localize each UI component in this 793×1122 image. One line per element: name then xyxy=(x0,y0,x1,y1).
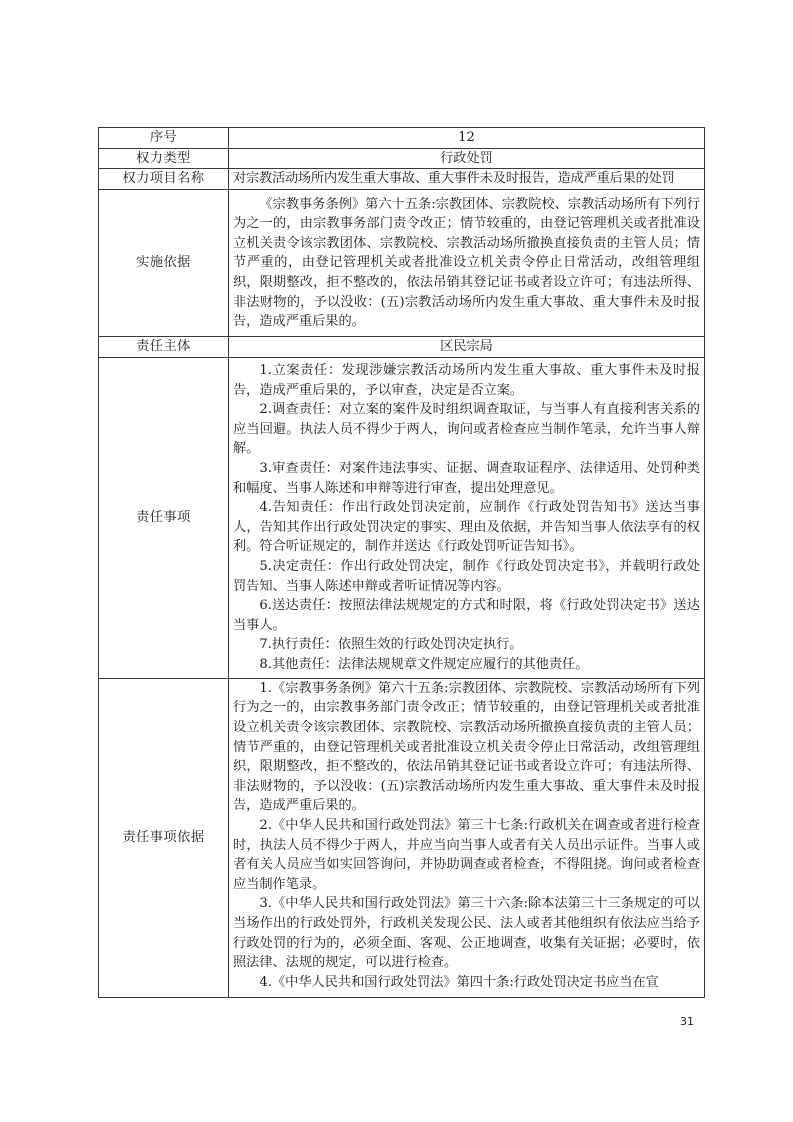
duty-item: 2.调查责任：对立案的案件及时组织调查取证，与当事人有直接利害关系的应当回避。执… xyxy=(233,400,700,459)
duties-label: 责任事项 xyxy=(99,357,229,678)
basis-paragraph: 《宗教事务条例》第六十五条:宗教团体、宗教院校、宗教活动场所有下列行为之一的，由… xyxy=(233,195,700,332)
duty-basis-item: 1.《宗教事务条例》第六十五条:宗教团体、宗教院校、宗教活动场所有下列行为之一的… xyxy=(233,679,700,816)
row-basis: 实施依据 《宗教事务条例》第六十五条:宗教团体、宗教院校、宗教活动场所有下列行为… xyxy=(99,190,705,337)
duty-item: 1.立案责任：发现涉嫌宗教活动场所内发生重大事故、重大事件未及时报告，造成严重后… xyxy=(233,361,700,400)
basis-label: 实施依据 xyxy=(99,190,229,337)
duty-item: 6.送达责任：按照法律法规规定的方式和时限，将《行政处罚决定书》送达当事人。 xyxy=(233,596,700,635)
row-item-name: 权力项目名称 对宗教活动场所内发生重大事故、重大事件未及时报告，造成严重后果的处… xyxy=(99,169,705,190)
page-number: 31 xyxy=(680,1015,694,1028)
document-page: 序号 12 权力类型 行政处罚 权力项目名称 对宗教活动场所内发生重大事故、重大… xyxy=(0,0,793,1122)
power-item-table: 序号 12 权力类型 行政处罚 权力项目名称 对宗教活动场所内发生重大事故、重大… xyxy=(98,127,705,998)
power-type-value: 行政处罚 xyxy=(229,148,705,169)
row-power-type: 权力类型 行政处罚 xyxy=(99,148,705,169)
row-subject: 责任主体 区民宗局 xyxy=(99,337,705,358)
duty-item: 7.执行责任：依照生效的行政处罚决定执行。 xyxy=(233,635,700,655)
subject-label: 责任主体 xyxy=(99,337,229,358)
duty-item: 5.决定责任：作出行政处罚决定，制作《行政处罚决定书》，并载明行政处罚告知、当事… xyxy=(233,557,700,596)
power-type-label: 权力类型 xyxy=(99,148,229,169)
item-name-label: 权力项目名称 xyxy=(99,169,229,190)
duty-item: 3.审查责任：对案件违法事实、证据、调查取证程序、法律适用、处罚种类和幅度、当事… xyxy=(233,459,700,498)
duty-basis-label: 责任事项依据 xyxy=(99,678,229,997)
item-name-value: 对宗教活动场所内发生重大事故、重大事件未及时报告，造成严重后果的处罚 xyxy=(229,169,705,190)
subject-value: 区民宗局 xyxy=(229,337,705,358)
duty-basis-content: 1.《宗教事务条例》第六十五条:宗教团体、宗教院校、宗教活动场所有下列行为之一的… xyxy=(229,678,705,997)
duties-content: 1.立案责任：发现涉嫌宗教活动场所内发生重大事故、重大事件未及时报告，造成严重后… xyxy=(229,357,705,678)
serial-value: 12 xyxy=(229,128,705,149)
duty-basis-item: 4.《中华人民共和国行政处罚法》第四十条:行政处罚决定书应当在宣 xyxy=(233,973,700,993)
basis-content: 《宗教事务条例》第六十五条:宗教团体、宗教院校、宗教活动场所有下列行为之一的，由… xyxy=(229,190,705,337)
duty-basis-item: 3.《中华人民共和国行政处罚法》第三十六条:除本法第三十三条规定的可以当场作出的… xyxy=(233,894,700,972)
duty-item: 4.告知责任：作出行政处罚决定前，应制作《行政处罚告知书》送达当事人，告知其作出… xyxy=(233,498,700,557)
serial-label: 序号 xyxy=(99,128,229,149)
duty-basis-item: 2.《中华人民共和国行政处罚法》第三十七条:行政机关在调查或者进行检查时，执法人… xyxy=(233,816,700,894)
row-duties: 责任事项 1.立案责任：发现涉嫌宗教活动场所内发生重大事故、重大事件未及时报告，… xyxy=(99,357,705,678)
row-duty-basis: 责任事项依据 1.《宗教事务条例》第六十五条:宗教团体、宗教院校、宗教活动场所有… xyxy=(99,678,705,997)
duty-item: 8.其他责任：法律法规规章文件规定应履行的其他责任。 xyxy=(233,655,700,675)
row-serial: 序号 12 xyxy=(99,128,705,149)
